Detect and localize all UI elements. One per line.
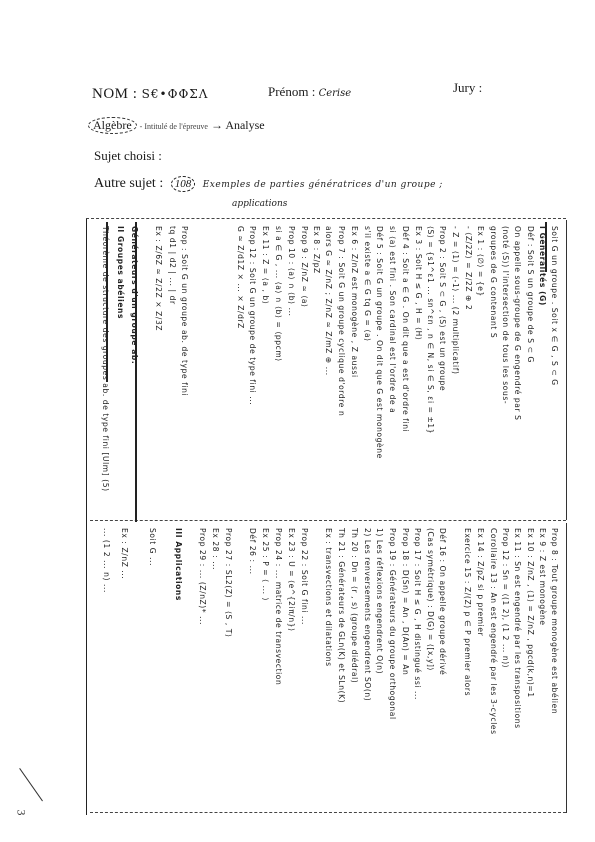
epreuve-label: - Intitulé de l'épreuve xyxy=(140,122,208,131)
handwritten-line: Théorème de structure des groupes ab. de… xyxy=(101,226,110,492)
handwritten-line: Prop 22 : Soit G fini ... xyxy=(300,528,309,625)
handwritten-line: Prop 8 : Tout groupe monogène est abélie… xyxy=(550,528,559,714)
handwritten-line: Ex 25 : P = ⟨ ... ⟩ xyxy=(261,528,270,601)
handwritten-line: Prop 24 : ... matrice de transvection xyxy=(274,528,283,685)
epreuve-line: Algèbre - Intitulé de l'épreuve → Analys… xyxy=(88,117,265,134)
handwritten-line: - Z = ⟨1⟩ = ⟨-1⟩ ... (2 multiplicatif) xyxy=(451,226,460,375)
handwritten-line: Ex 1 : ⟨∅⟩ = {e} xyxy=(476,226,485,297)
handwritten-line: Ex 14 : Z/pZ si p premier xyxy=(476,528,485,636)
handwritten-line: 1) Les réflexions engendrent O(n) xyxy=(375,528,384,674)
epreuve-other: Analyse xyxy=(225,118,264,132)
handwritten-line: Ex 11 : Z = ⟨a , b⟩ xyxy=(261,226,270,304)
frame-bottom-divider xyxy=(90,812,566,813)
frame-middle-divider xyxy=(90,520,566,521)
autre-sujet-number: 108 xyxy=(171,176,196,192)
handwritten-line: Ex 3 : Soit H ≤ G , H = ⟨H⟩ xyxy=(414,226,423,340)
arrow-icon: → xyxy=(211,118,223,132)
jury-label: Jury : xyxy=(453,80,482,96)
handwritten-line: si ⟨a⟩ est fini . Son cardinal est l'ord… xyxy=(388,226,397,413)
handwritten-line: III Applications xyxy=(174,528,183,601)
handwritten-line: II Groupes abéliens xyxy=(116,226,125,319)
handwritten-line: Ex 10 : Z/nZ , ⟨1⟩ = Z/nZ , pgcd(k,n)=1 xyxy=(526,528,535,698)
handwritten-line: alors G ≃ Z/nZ ; Z/nZ ≃ Z/mZ ⊕ ... xyxy=(324,226,333,376)
prenom-field: Prénom : Cerise xyxy=(268,84,351,100)
handwritten-line: On appelle sous-groupe de G engendré par… xyxy=(513,226,522,421)
handwritten-line: Th 21 : Générateurs de GLn(K) et SLn(K) xyxy=(337,528,346,703)
handwritten-line: Soit G un groupe . Soit x ∈ G , S ⊂ G xyxy=(550,226,559,386)
handwritten-line: Ex 6 : Z/nZ est monogène , Z aussi xyxy=(350,226,359,378)
handwritten-line: Th 20 : Dn = ⟨r , s⟩ (groupe diédral) xyxy=(350,528,359,683)
handwritten-line: si a ∈ G , ... ⟨a⟩ ∩ ⟨b⟩ = ⟨ppcm⟩ xyxy=(274,226,283,362)
autre-sujet-title: Exemples de parties génératrices d'un gr… xyxy=(203,180,443,190)
handwritten-line: Prop 2 : Soit S ⊂ G , ⟨S⟩ est un groupe xyxy=(438,226,447,391)
frame-right-edge-top xyxy=(566,220,567,520)
handwritten-line: Ex 8 : Z/pZ xyxy=(312,226,321,274)
handwritten-line: Prop 29 : ... (Z/nZ)* ... xyxy=(198,528,207,625)
handwritten-line: Soit G ... xyxy=(148,528,157,566)
sujet-choisi-label: Sujet choisi : xyxy=(94,148,162,164)
frame-right-edge-bottom xyxy=(566,523,567,813)
handwritten-line: groupes de G contenant S xyxy=(489,226,498,338)
handwritten-line: Déf 4 : Soit a ∈ G . On dit que a est d'… xyxy=(401,226,410,432)
handwritten-line: Déf 26 : ... xyxy=(248,528,257,575)
handwritten-line: Prop 9 : Z/nZ ≃ ⟨a⟩ xyxy=(300,226,309,308)
handwritten-line: Déf 5 : Soit G un groupe . On dit que G … xyxy=(375,226,384,459)
handwritten-line: Ex 23 : U = ⟨e^{2iπ/n}⟩ xyxy=(287,528,296,632)
nom-value: S€•ΦΦΣΛ xyxy=(142,87,209,101)
handwritten-line: I Généralités (G) xyxy=(538,226,547,306)
handwritten-line: ... (1 2 ... n) ... xyxy=(102,528,111,593)
handwritten-line: Déf : Soit S un groupe de S ⊂ G xyxy=(526,226,535,363)
handwritten-line: Prop 17 : Soit H ≤ G , H distingué ssi .… xyxy=(413,528,422,700)
handwritten-line: Prop 10 : ⟨a⟩ ∩ ⟨b⟩ ... xyxy=(287,226,296,317)
autre-sujet-title-2: applications xyxy=(232,199,287,209)
prenom-label: Prénom : xyxy=(268,84,315,99)
handwritten-line: 2) Les renversements engendrent SO(n) xyxy=(363,528,372,701)
handwritten-line: Prop 7 : Soit G un groupe cyclique d'ord… xyxy=(337,226,346,416)
handwritten-line: Ex : transvections et dilatations xyxy=(324,528,333,667)
handwritten-line: (noté ⟨S⟩) l'intersection de tous les so… xyxy=(501,226,510,404)
handwritten-line: ⟨S⟩ = {s1^ε1 ... sn^εn , n ∈ N, si ∈ S, … xyxy=(426,226,435,434)
handwritten-line: Ex 11 : Sn est engendré par les transpos… xyxy=(513,528,522,729)
frame-top-divider xyxy=(86,218,566,219)
handwritten-line: Prop 27 : SL2(Z) = ⟨S , T⟩ xyxy=(224,528,233,638)
handwritten-line: - ⟨Z/2Z⟩ = Z/2Z ⊕ 2 xyxy=(464,226,473,310)
handwritten-line: Corollaire 13 : An est engendré par les … xyxy=(489,528,498,735)
handwritten-line: Prop : Soit G un groupe ab. de type fini xyxy=(180,226,189,396)
prenom-value: Cerise xyxy=(319,88,352,99)
epreuve-circled: Algèbre xyxy=(88,117,137,134)
handwritten-line: G ≃ Z/d1Z × ... × Z/drZ xyxy=(236,226,245,329)
handwritten-line: tq d1 | d2 | ... | dr xyxy=(168,226,177,305)
handwritten-line: Ex : Z/nZ ... xyxy=(120,528,129,579)
handwritten-line: Ex 28 : ... xyxy=(211,528,220,570)
handwritten-line: Prop 18 : D(Sn) = An , D(An) = An xyxy=(401,528,410,675)
handwritten-line: Prop 19 : Générateurs du groupe orthogon… xyxy=(388,528,397,720)
margin-stroke xyxy=(19,768,43,801)
handwritten-line: Prop 12 : Soit G un groupe de type fini … xyxy=(248,226,257,405)
handwritten-line: Générateurs d'un groupe ab. xyxy=(130,226,139,364)
nom-field: NOM : S€•ΦΦΣΛ xyxy=(92,86,208,103)
handwritten-line: Prop 12 : Sn = ⟨(1 2), (1 2 ... n)⟩ xyxy=(501,528,510,668)
handwritten-line: Exercice 15 : Z/(Z) p ∈ P premier alors xyxy=(463,528,472,696)
page-number: 3 xyxy=(14,810,29,816)
handwritten-line: s'il existe a ∈ G tq G = ⟨a⟩ xyxy=(363,226,372,342)
handwritten-line: Ex 9 : Z est monogène xyxy=(538,528,547,626)
autre-sujet-label: Autre sujet : xyxy=(94,176,163,191)
autre-sujet-line: Autre sujet : 108 Exemples de parties gé… xyxy=(94,176,443,192)
nom-label: NOM : xyxy=(92,86,137,102)
handwritten-line: Ex : Z/6Z ≃ Z/2Z × Z/3Z xyxy=(154,226,163,331)
handwritten-line: (Cas symétrique) : D(G) = ⟨[x,y]⟩ xyxy=(426,528,435,671)
handwritten-line: Déf 16 : On appelle groupe dérivé xyxy=(438,528,447,675)
